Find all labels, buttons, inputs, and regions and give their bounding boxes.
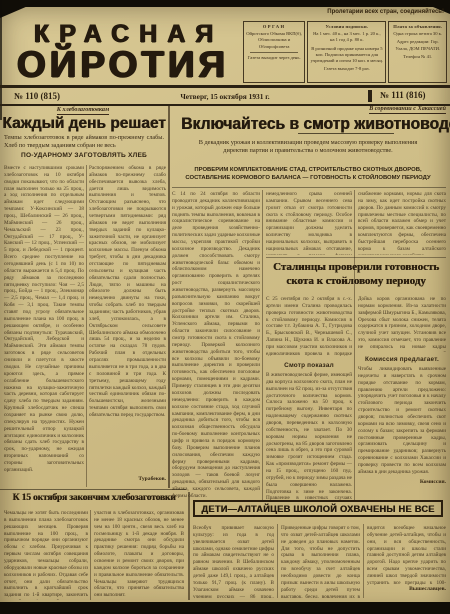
info-box-organ-body: Ойротского Обкома ВКП(б), Облисполкома и… (246, 31, 302, 50)
children-article-signature: Вышеславцев. (367, 587, 446, 593)
scan-corner-top-left (0, 0, 42, 18)
section-divider-rule (188, 492, 190, 600)
main-article-column-b-top: немедленного срыва осенней кампании. Сры… (266, 191, 352, 255)
children-article-headline-box: ДЕТИ—АЛТАЙЦЕВ ШКОЛОЙ ОХВАЧЕНЫ НЕ ВСЕ (193, 500, 443, 517)
children-column-2: Приведенные цифры говорят о том, что охв… (281, 525, 360, 598)
info-box-ads-address: Плата за объявления. Одна строка петита … (388, 21, 447, 83)
info-box-ads-title: Плата за объявления. (391, 24, 444, 30)
info-box-organ: ОРГАН Ойротского Обкома ВКП(б), Облиспол… (243, 21, 305, 83)
info-box-divider (250, 52, 298, 53)
children-column-3: видится всеобщее начальное обучение дете… (367, 525, 446, 585)
main-article-headline: Включайтесь в смотр животноводства. (181, 114, 435, 134)
bottom-left-column-1: Чемальцы не хотят быть последними в выпо… (4, 510, 88, 600)
column-rule (262, 190, 263, 502)
left-article-signature: Турабеков. (89, 477, 166, 483)
info-box-ads-rate: Одна строка петита 30 к. (391, 31, 444, 37)
dateline-row: № 110 (815) Четверг, 15 октября 1931 г. … (0, 89, 450, 103)
main-article-kicker: В соревновании с Хакассией (170, 106, 446, 112)
masthead-title-line2: ОЙРОТИЯ (17, 46, 229, 83)
subdeck-rule (172, 187, 446, 188)
dateline-date: Четверг, 15 октября 1931 г. (125, 92, 325, 101)
info-box-address: Адрес редакции: Гор. Улала, ДОМ ПЕЧАТИ. (391, 39, 444, 51)
column-rule (354, 190, 355, 502)
info-box-subscription-retail: В розничной продаже цена номера 5 коп. П… (310, 46, 383, 65)
info-box-phone: Телефон № 41. (391, 54, 444, 60)
column-rule (277, 524, 278, 598)
info-box-subscription-rates: На 1 мес. 40 к., на 3 мес. 1 р. 20 к., н… (310, 31, 383, 43)
info-box-organ-footer: Газета выходит через день. (246, 55, 302, 61)
main-article-column-c-top: снабжение кормами, нормы для скота на зи… (358, 191, 446, 255)
main-article-kicker-text: В соревновании с Хакассией (369, 105, 446, 114)
newspaper-page-scan: КРАСНАЯ ОЙРОТИЯ Пролетарии всех стран, с… (0, 0, 450, 614)
bottom-left-column-2: участия в хлебозаготовках, организовав н… (94, 510, 184, 600)
stalin-column-b-body: В животноводческой ферме, имеющей два ко… (266, 372, 352, 500)
bottom-left-rule (0, 489, 186, 490)
stalin-crosshead-proposal: Комиссия предлагает. (358, 356, 446, 363)
left-article-headline: Каждый день решает (2, 115, 166, 133)
main-article-column-a: С 14 по 24 октября по области проводится… (172, 191, 260, 501)
info-box-subscription-footer: Газета выходит 7-8 раз. (310, 66, 383, 72)
dateline-divider-bar (368, 90, 372, 102)
stalin-column-c-intro: Дойка коров организована не по нормам ко… (358, 296, 446, 352)
left-article-column-2: Распоряжением обкома в ряде аймаков по-п… (89, 165, 166, 473)
stalin-article-headline: Сталинцы проверили готовность скота к ст… (266, 261, 446, 289)
left-article-crosshead: ПО-УДАРНОМУ ЗАГОТОВЛЯТЬ ХЛЕБ (2, 152, 166, 159)
main-article-subdeck: ПРОВЕРИМ КОМПЛЕКТОВАНИЕ СТАД, СТРОИТЕЛЬС… (174, 167, 442, 182)
masthead-rule (0, 85, 450, 88)
children-article-headline: ДЕТИ—АЛТАЙЦЕВ ШКОЛОЙ ОХВАЧЕНЫ НЕ ВСЕ (200, 504, 436, 515)
bottom-left-headline: К 15 октября закончим хлебозаготовки (2, 492, 186, 503)
left-article-kicker: К хлебозаготовкам (0, 107, 166, 113)
children-column-1: Всеобуч прививает высокую культуру: из г… (193, 525, 274, 598)
column-rule (90, 510, 91, 600)
column-rule (363, 524, 364, 598)
info-box-organ-title: ОРГАН (246, 24, 302, 30)
stalin-column-c-body: Чтобы ликвидировать выявленные недочеты … (358, 366, 446, 476)
scan-edge-top (0, 0, 450, 7)
issue-number-left: № 110 (815) (14, 91, 60, 101)
scan-edge-bottom (0, 602, 450, 614)
left-article-deck: Темпы хлебозаготовок в ряде аймаков по-п… (4, 134, 164, 150)
column-rule (86, 165, 87, 487)
stalin-column-b-intro: С 25 сентября по 2 октября в с.-х. артел… (266, 296, 352, 358)
stalin-headline-rule (266, 257, 446, 258)
main-article-deck: В декадник урожая и коллективизации пров… (192, 139, 424, 155)
section-divider-rule (168, 106, 170, 488)
stalin-crosshead-review: Смотр показал (266, 362, 352, 369)
masthead-slogan: Пролетарии всех стран, соединяйтесь! (246, 9, 444, 15)
left-article-kicker-text: К хлебозаготовкам (57, 106, 109, 115)
issue-number-right: № 111 (816) (380, 90, 426, 100)
stalin-article-signature: Комиссия. (358, 480, 446, 486)
headline-underline (298, 133, 394, 134)
masthead-info-boxes: ОРГАН Ойротского Обкома ВКП(б), Облиспол… (243, 21, 447, 83)
left-article-column-1: Вместе с наступившими сроками хлебозагот… (4, 165, 84, 487)
info-box-subscription-title: Условия подписки. (310, 24, 383, 30)
info-box-subscription: Условия подписки. На 1 мес. 40 к., на 3 … (307, 21, 386, 83)
